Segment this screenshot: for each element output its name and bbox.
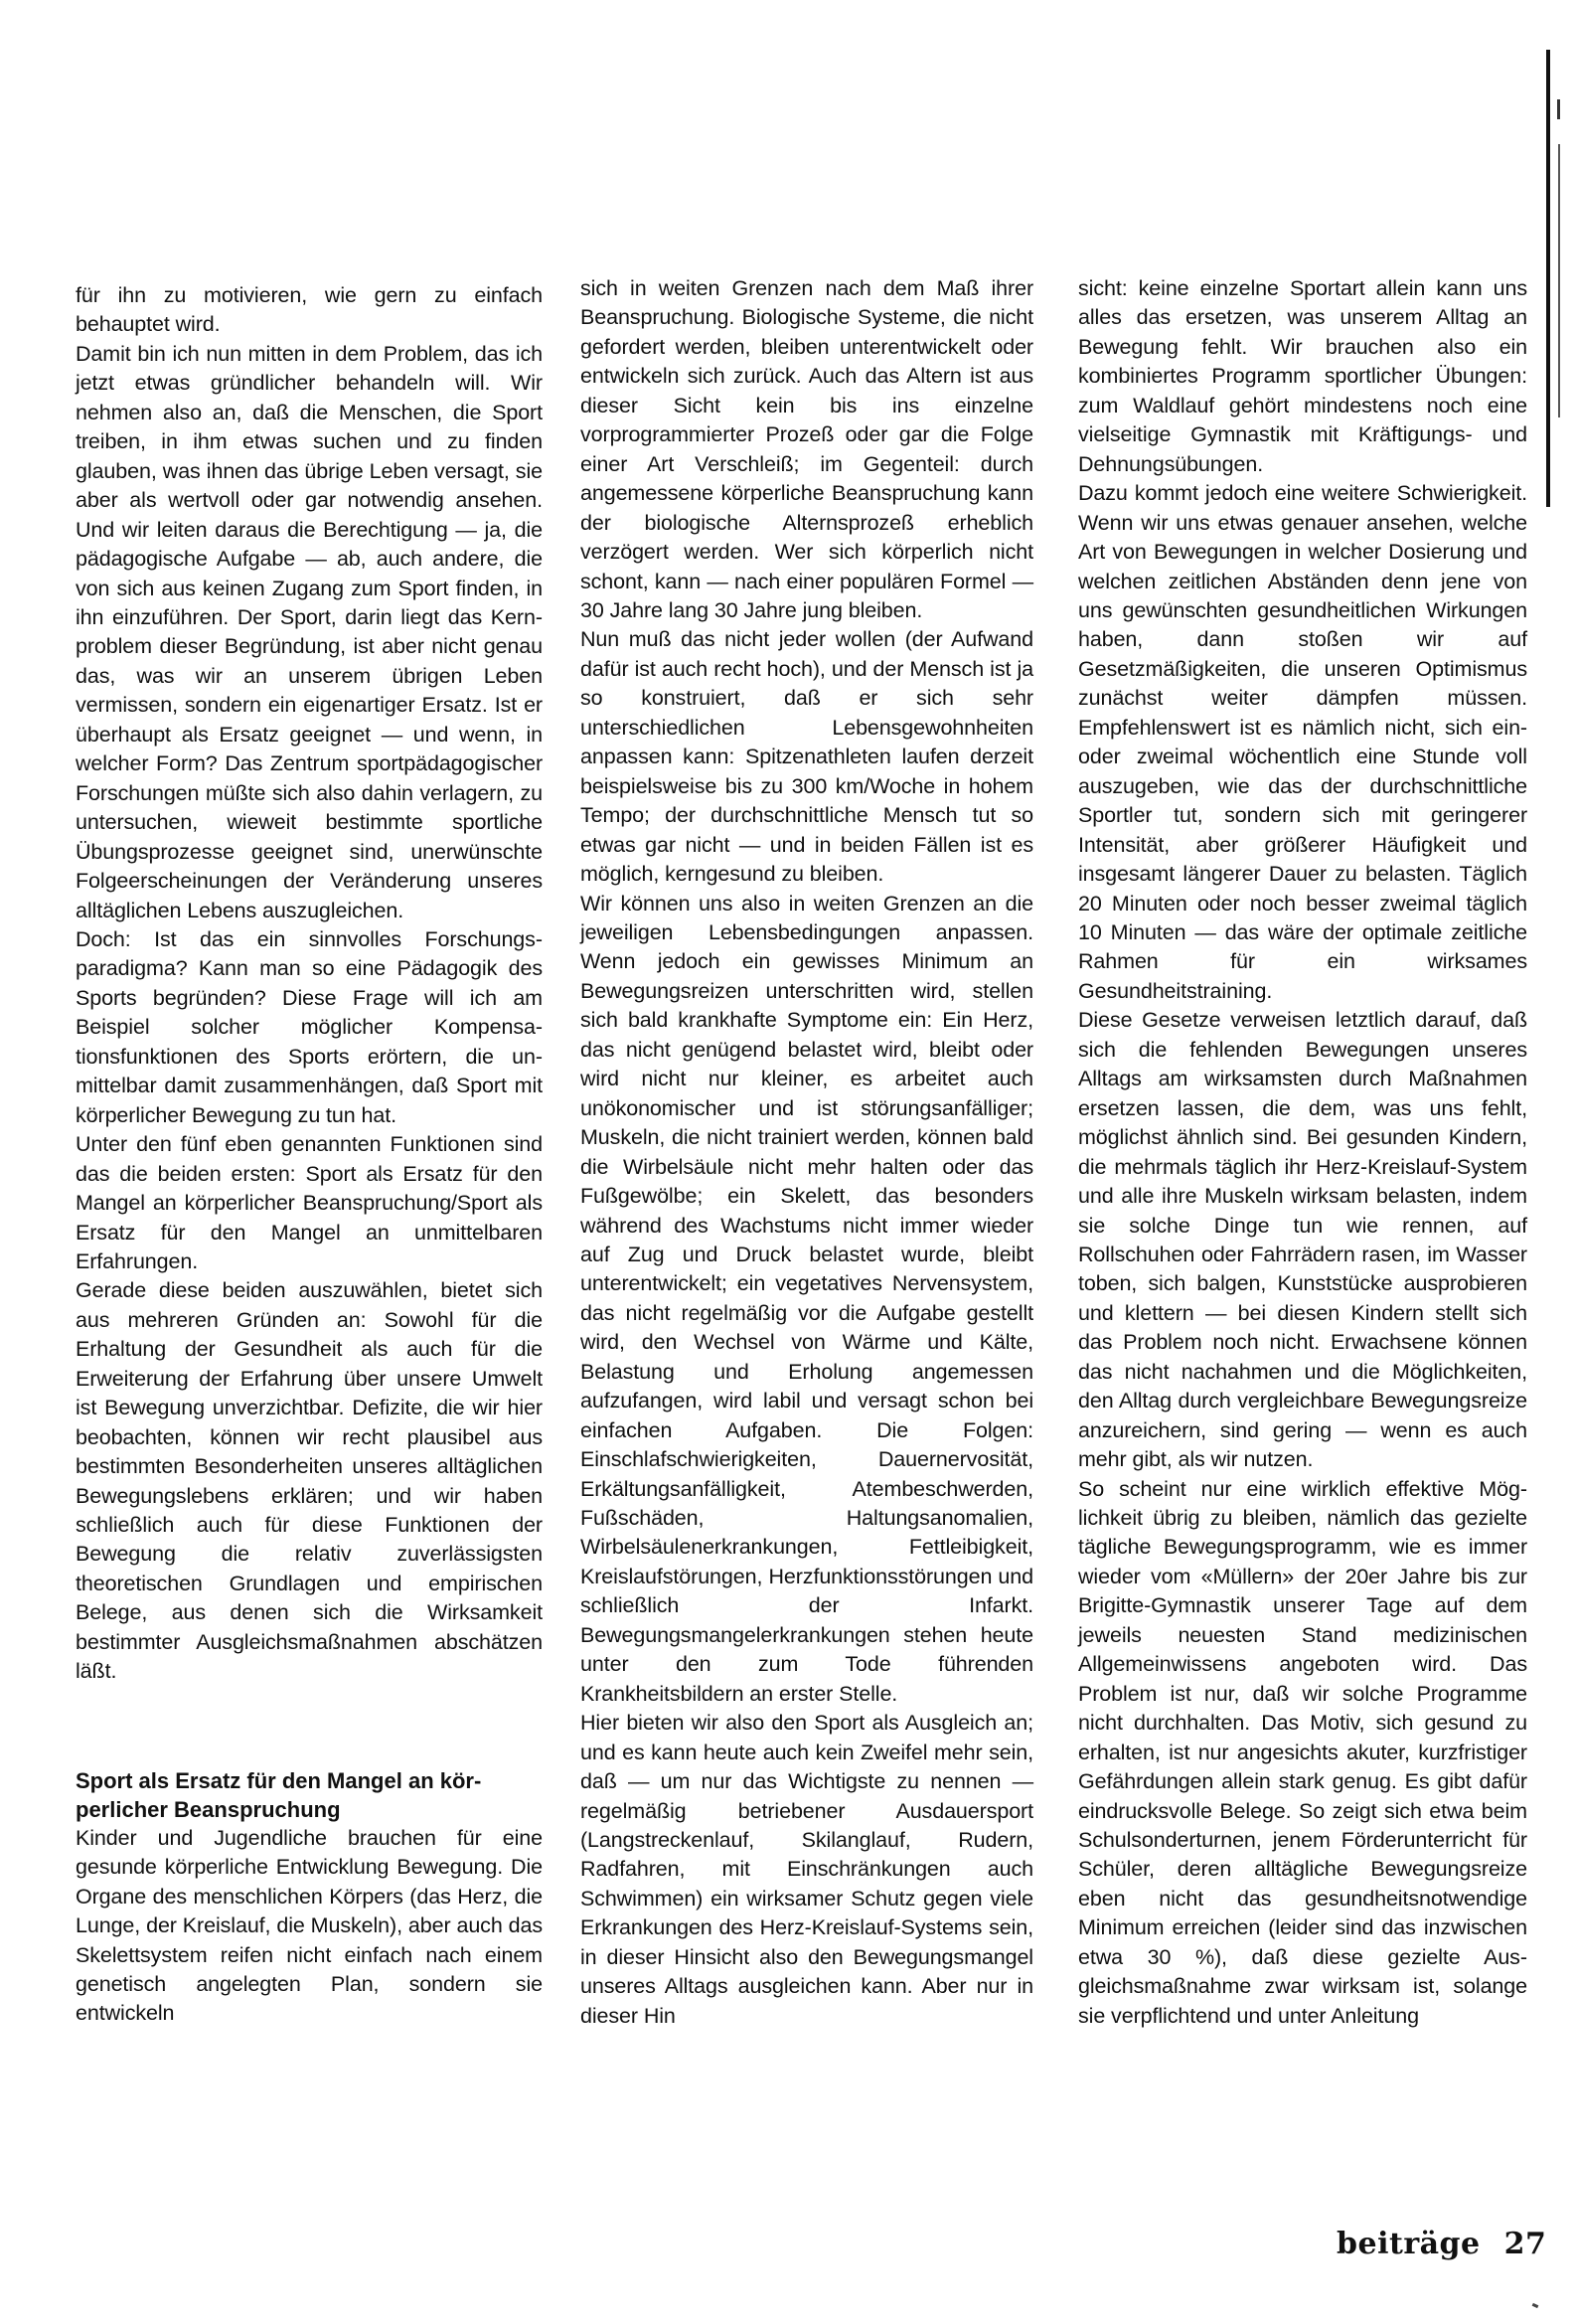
- paragraph: sich in weiten Grenzen nach dem Maß ihre…: [580, 274, 1033, 625]
- publication-name: beiträge: [1337, 2227, 1481, 2261]
- section-heading: Sport als Ersatz für den Mangel an kör­p…: [76, 1766, 543, 1824]
- paragraph: Nun muß das nicht jeder wollen (der Auf­…: [580, 625, 1033, 889]
- page-edge-line: [1558, 144, 1560, 417]
- paragraph: Hier bieten wir also den Sport als Ausgl…: [580, 1709, 1033, 2031]
- page-footer: beiträge27: [1337, 2227, 1546, 2261]
- page-edge-bar: [1546, 50, 1550, 507]
- paragraph: So scheint nur eine wirklich effektive M…: [1078, 1475, 1527, 2032]
- text-column-3: sicht: keine einzelne Sportart allein ka…: [1078, 274, 1527, 2031]
- paragraph: Gerade diese beiden auszuwählen, bietet …: [76, 1276, 543, 1686]
- paragraph: sicht: keine einzelne Sportart allein ka…: [1078, 274, 1527, 479]
- paragraph: Doch: Ist das ein sinnvolles Forschungs­…: [76, 925, 543, 1130]
- paragraph: Damit bin ich nun mitten in dem Problem,…: [76, 340, 543, 925]
- paragraph: für ihn zu motivieren, wie gern zu einfa…: [76, 281, 543, 340]
- page-edge-tick: [1557, 99, 1560, 119]
- text-column-2: sich in weiten Grenzen nach dem Maß ihre…: [580, 274, 1033, 2031]
- magazine-page: für ihn zu motivieren, wie gern zu einfa…: [0, 0, 1577, 2324]
- paragraph: Wir können uns also in weiten Grenzen an…: [580, 890, 1033, 1710]
- paragraph: Diese Gesetze verweisen letztlich darauf…: [1078, 1006, 1527, 1474]
- text-column-1: für ihn zu motivieren, wie gern zu einfa…: [76, 281, 543, 2029]
- paragraph: Kinder und Jugendliche brauchen für eine…: [76, 1824, 543, 2029]
- page-number: 27: [1504, 2227, 1547, 2261]
- paragraph: Unter den fünf eben genannten Funktionen…: [76, 1130, 543, 1276]
- scan-speck: [1532, 2303, 1539, 2308]
- paragraph: Dazu kommt jedoch eine weitere Schwie­ri…: [1078, 479, 1527, 1006]
